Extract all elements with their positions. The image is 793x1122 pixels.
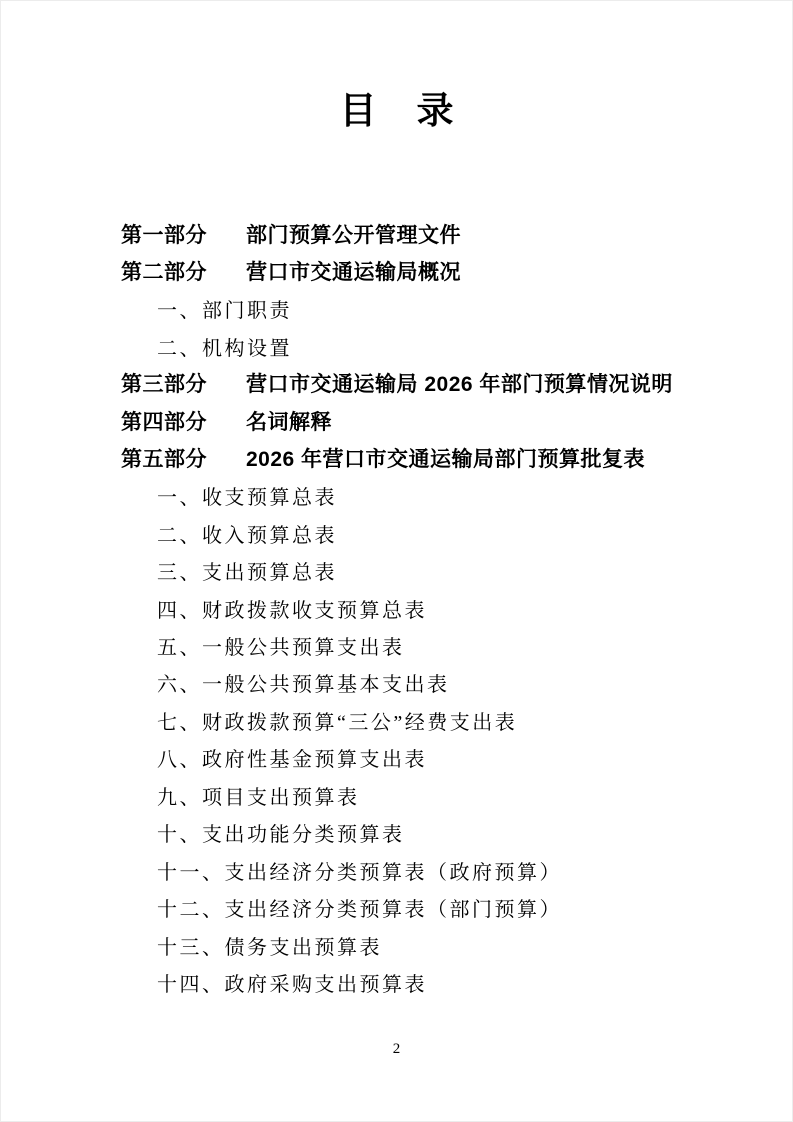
toc-sub-title: 四、财政拨款收支预算总表 bbox=[157, 594, 427, 623]
toc-entry-sub: 六、一般公共预算基本支出表 bbox=[121, 664, 742, 701]
toc-entry-sub: 十、支出功能分类预算表 bbox=[121, 814, 742, 851]
document-page: 目 录 第一部分 部门预算公开管理文件 第二部分 营口市交通运输局概况 一、部门… bbox=[0, 0, 793, 1122]
toc-entry-sub: 三、支出预算总表 bbox=[121, 552, 742, 589]
toc-entry-sub: 十一、支出经济分类预算表（政府预算） bbox=[121, 851, 742, 888]
title-char-right: 录 bbox=[417, 93, 454, 130]
toc-part-label: 第五部分 bbox=[121, 443, 246, 473]
toc-entry-part-3: 第三部分 营口市交通运输局 2026 年部门预算情况说明 bbox=[121, 365, 742, 402]
toc-entry-part-4: 第四部分 名词解释 bbox=[121, 402, 742, 439]
toc-part-label: 第一部分 bbox=[121, 219, 246, 249]
toc-sub-title: 三、支出预算总表 bbox=[157, 556, 337, 585]
toc-sub-title: 八、政府性基金预算支出表 bbox=[157, 743, 427, 772]
toc-part-label: 第二部分 bbox=[121, 256, 246, 286]
toc-entry-sub: 二、机构设置 bbox=[121, 327, 742, 364]
toc-sub-title: 十三、债务支出预算表 bbox=[157, 931, 382, 960]
toc-entry-sub: 十二、支出经济分类预算表（部门预算） bbox=[121, 889, 742, 926]
table-of-contents: 第一部分 部门预算公开管理文件 第二部分 营口市交通运输局概况 一、部门职责 二… bbox=[121, 215, 742, 1001]
toc-sub-title: 十、支出功能分类预算表 bbox=[157, 818, 405, 847]
toc-part-label: 第三部分 bbox=[121, 368, 246, 398]
toc-sub-title: 十一、支出经济分类预算表（政府预算） bbox=[157, 856, 562, 885]
toc-entry-sub: 一、部门职责 bbox=[121, 290, 742, 327]
toc-entry-sub: 十四、政府采购支出预算表 bbox=[121, 964, 742, 1001]
toc-entry-part-5: 第五部分 2026 年营口市交通运输局部门预算批复表 bbox=[121, 440, 742, 477]
toc-entry-sub: 二、收入预算总表 bbox=[121, 515, 742, 552]
toc-sub-title: 一、部门职责 bbox=[157, 294, 292, 323]
toc-entry-sub: 七、财政拨款预算“三公”经费支出表 bbox=[121, 702, 742, 739]
toc-entry-part-2: 第二部分 营口市交通运输局概况 bbox=[121, 252, 742, 289]
toc-entry-part-1: 第一部分 部门预算公开管理文件 bbox=[121, 215, 742, 252]
toc-entry-sub: 四、财政拨款收支预算总表 bbox=[121, 589, 742, 626]
toc-sub-title: 七、财政拨款预算“三公”经费支出表 bbox=[157, 706, 517, 735]
toc-part-title: 2026 年营口市交通运输局部门预算批复表 bbox=[246, 443, 645, 473]
toc-part-title: 营口市交通运输局 2026 年部门预算情况说明 bbox=[246, 368, 673, 398]
toc-sub-title: 九、项目支出预算表 bbox=[157, 781, 360, 810]
toc-part-title: 名词解释 bbox=[246, 406, 332, 436]
toc-sub-title: 六、一般公共预算基本支出表 bbox=[157, 668, 450, 697]
toc-entry-sub: 九、项目支出预算表 bbox=[121, 777, 742, 814]
toc-sub-title: 五、一般公共预算支出表 bbox=[157, 631, 405, 660]
toc-entry-sub: 一、收支预算总表 bbox=[121, 477, 742, 514]
toc-sub-title: 十四、政府采购支出预算表 bbox=[157, 968, 427, 997]
toc-entry-sub: 十三、债务支出预算表 bbox=[121, 926, 742, 963]
page-number: 2 bbox=[1, 1041, 792, 1058]
toc-part-title: 部门预算公开管理文件 bbox=[246, 219, 461, 249]
toc-part-title: 营口市交通运输局概况 bbox=[246, 256, 461, 286]
page-title: 目 录 bbox=[1, 93, 792, 130]
toc-sub-title: 一、收支预算总表 bbox=[157, 481, 337, 510]
toc-sub-title: 二、机构设置 bbox=[157, 332, 292, 361]
title-char-left: 目 bbox=[340, 93, 377, 130]
toc-entry-sub: 八、政府性基金预算支出表 bbox=[121, 739, 742, 776]
toc-sub-title: 二、收入预算总表 bbox=[157, 519, 337, 548]
toc-sub-title: 十二、支出经济分类预算表（部门预算） bbox=[157, 893, 562, 922]
toc-part-label: 第四部分 bbox=[121, 406, 246, 436]
toc-entry-sub: 五、一般公共预算支出表 bbox=[121, 627, 742, 664]
